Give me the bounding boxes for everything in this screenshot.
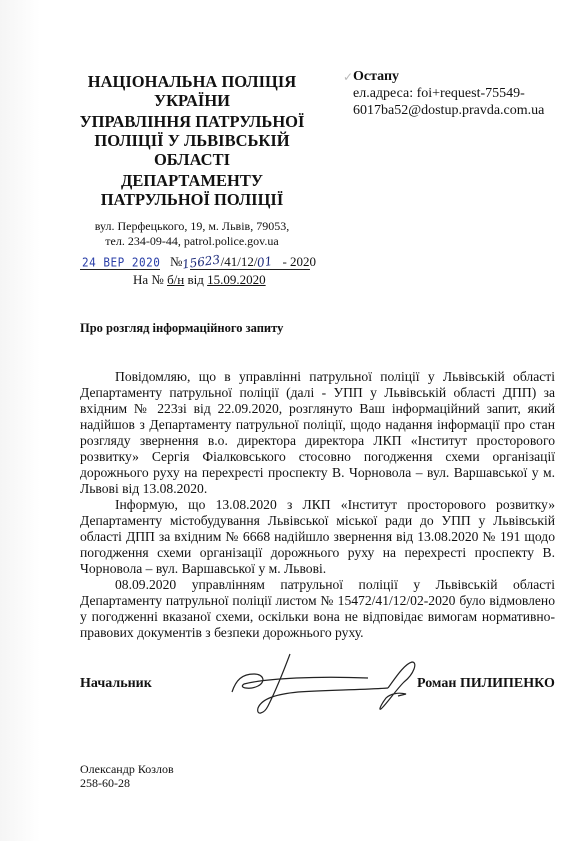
paragraph: Інформую, що 13.08.2020 з ЛКП «Інститут … [80,497,555,577]
letterhead-address: вул. Перфецького, 19, м. Львів, 79053, т… [72,219,312,249]
reply-date: 15.09.2020 [207,272,266,287]
contact-line: тел. 234-09-44, patrol.police.gov.ua [72,234,312,249]
reply-number: б/н [167,272,184,287]
org-line: УПРАВЛІННЯ ПАТРУЛЬНОЇ [72,112,312,131]
org-line: ОБЛАСТІ [72,150,312,169]
executor-block: Олександр Козлов 258-60-28 [80,762,174,790]
registration-line: 24 ВЕР 2020 №15623/41/12/01 - 2020 [80,252,310,272]
check-mark-icon: ✓ [343,70,353,85]
letterhead-organization: НАЦІОНАЛЬНА ПОЛІЦІЯ УКРАЇНИ УПРАВЛІННЯ П… [72,72,312,209]
org-line: ПОЛІЦІЇ У ЛЬВІВСЬКІЙ [72,131,312,150]
org-line: ПАТРУЛЬНОЇ ПОЛІЦІЇ [72,190,312,209]
org-line: ДЕПАРТАМЕНТУ [72,171,312,190]
address-line: вул. Перфецького, 19, м. Львів, 79053, [72,219,312,234]
executor-phone: 258-60-28 [80,776,174,790]
date-stamp: 24 ВЕР 2020 [82,255,160,270]
org-line: НАЦІОНАЛЬНА ПОЛІЦІЯ [72,72,312,91]
executor-name: Олександр Козлов [80,762,174,776]
date-underline [80,269,160,270]
recipient-name: Остапу [353,68,568,85]
handwritten-number-2: 01 [257,254,274,270]
scan-edge-shade [0,0,40,841]
signature-row: Начальник Роман ПИЛИПЕНКО [80,672,560,712]
org-line: УКРАЇНИ [72,91,312,110]
recipient-email-line: ел.адреса: foi+request-75549- [353,85,568,102]
reply-reference: На № б/н від 15.09.2020 [133,272,266,288]
recipient-email-line: 6017ba52@dostup.pravda.com.ua [353,102,568,119]
outgoing-number: №15623/41/12/01 - 2020 [170,254,316,270]
handwritten-signature-icon [228,650,423,720]
paragraph: 08.09.2020 управлінням патрульної поліці… [80,577,555,641]
signatory-name: Роман ПИЛИПЕНКО [417,676,555,692]
paragraph: Повідомляю, що в управлінні патрульної п… [80,369,555,497]
subject-line: Про розгляд інформаційного запиту [80,321,283,336]
document-page: НАЦІОНАЛЬНА ПОЛІЦІЯ УКРАЇНИ УПРАВЛІННЯ П… [0,0,585,841]
letter-body: Повідомляю, що в управлінні патрульної п… [80,369,555,641]
number-underline [190,269,310,270]
recipient-block: Остапу ел.адреса: foi+request-75549- 601… [353,68,568,119]
signatory-title: Начальник [80,676,152,692]
